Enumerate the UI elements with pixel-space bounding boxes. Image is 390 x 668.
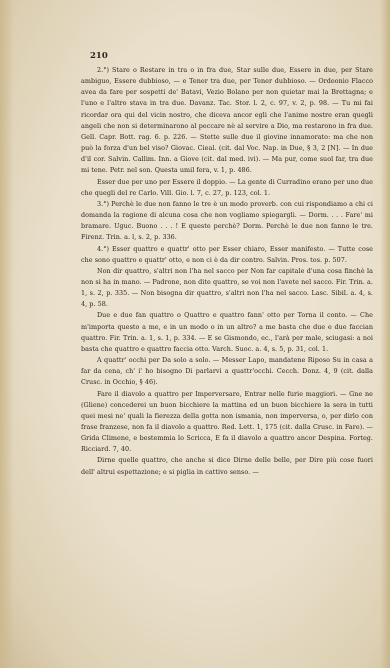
paragraph-diavolo-a-quattro: Fare il diavolo a quattro per Imperversa…: [81, 389, 373, 456]
paragraph-a-quattr-occhi: A quattr' occhi per Da solo a solo. — Me…: [81, 355, 373, 388]
paragraph-non-dir-quattro: Non dir quattro, s'altri non l'ha nel sa…: [81, 266, 373, 311]
paragraph-le-due-non-fanno-le-tre: 3.°) Perchè le due non fanno le tre è un…: [81, 199, 373, 244]
body-text: 2.°) Stare o Restare in tra o in fra due…: [81, 53, 373, 478]
paragraph-dirne-quelle-quattro: Dirne quelle quattro, che anche si dice …: [81, 455, 373, 477]
paragraph-quattro-e-quattr-otto: 4.°) Esser quattro e quattr' otto per Es…: [81, 244, 373, 266]
paragraph-stare-in-tra-due: 2.°) Stare o Restare in tra o in fra due…: [81, 65, 373, 177]
page-edge-right: [380, 0, 390, 668]
paragraph-esser-due-per-uno: Esser due per uno per Essere il doppio. …: [81, 177, 373, 199]
page-edge-left: [0, 0, 14, 668]
paragraph-due-e-due-fan-quattro: Due e due fan quattro o Quattro e quattr…: [81, 310, 373, 355]
